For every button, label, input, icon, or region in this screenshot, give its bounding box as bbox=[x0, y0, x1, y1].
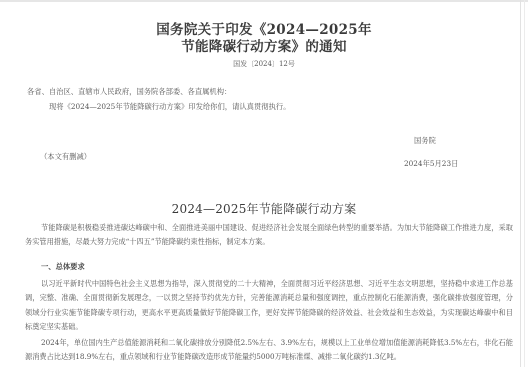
sign-date: 2024年5月23日 bbox=[404, 157, 458, 171]
section-heading: 一、总体要求 bbox=[41, 262, 85, 272]
section-paragraph: 以习近平新时代中国特色社会主义思想为指导，深入贯彻党的二十大精神，全面贯彻习近平… bbox=[25, 277, 513, 334]
notice-title-line2: 节能降碳行动方案》的通知 bbox=[0, 39, 528, 56]
addressee: 各省、自治区、直辖市人民政府，国务院各部委、各直属机构： bbox=[27, 85, 231, 99]
signer: 国务院 bbox=[414, 134, 436, 148]
document-number: 国发〔2024〕12号 bbox=[0, 59, 528, 69]
abridged-note: （本文有删减） bbox=[40, 150, 91, 164]
notice-title: 国务院关于印发《2024—2025年 节能降碳行动方案》的通知 bbox=[0, 22, 528, 56]
document-page: 国务院关于印发《2024—2025年 节能降碳行动方案》的通知 国发〔2024〕… bbox=[0, 0, 520, 367]
forward-text: 现将《2024—2025年节能降碳行动方案》印发给你们，请认真贯彻执行。 bbox=[49, 100, 290, 114]
intro-paragraph: 节能降碳是积极稳妥推进碳达峰碳中和、全面推进美丽中国建设、促进经济社会发展全面绿… bbox=[25, 221, 513, 250]
section-paragraph: 2024年，单位国内生产总值能源消耗和二氧化碳排放分别降低2.5%左右、3.9%… bbox=[25, 336, 513, 365]
notice-title-line1: 国务院关于印发《2024—2025年 bbox=[0, 22, 528, 39]
plan-title: 2024—2025年节能降碳行动方案 bbox=[0, 200, 528, 217]
